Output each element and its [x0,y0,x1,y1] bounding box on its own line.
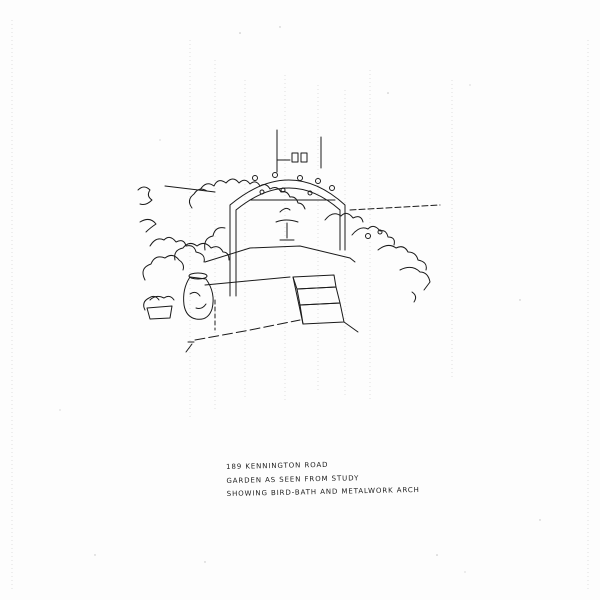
building-outline [277,130,321,172]
left-shrubs [138,187,229,310]
lawn-and-path [195,246,355,340]
scanned-page: 189 Kennington Road Garden as seen from … [0,0,600,600]
garden-sketch [0,0,600,600]
bird-bath [276,208,298,240]
garden-steps [293,275,358,332]
planter [147,296,174,319]
arch-foliage [189,173,334,210]
handwritten-caption: 189 Kennington Road Garden as seen from … [226,457,420,502]
right-shrubs [325,213,430,302]
garden-urn [184,273,214,319]
